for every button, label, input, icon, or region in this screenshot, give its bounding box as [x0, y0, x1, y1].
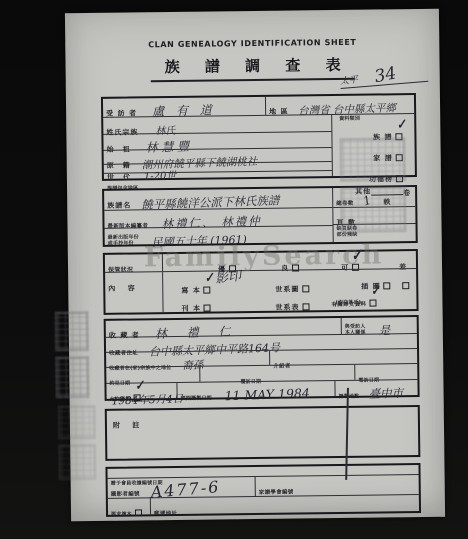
checkbox — [384, 282, 391, 289]
film-place-label: 攝製地點 — [339, 394, 360, 400]
film-place-value: 臺中市 — [368, 388, 403, 401]
left-lower-seal-stamp-icon — [58, 405, 97, 485]
s1-left-column: 姓氏宗族 林氏 始 祖 林 慧 豐 原 籍 潮州府饒平縣下饒湖桃社 世 代 1-… — [103, 115, 332, 179]
seal-square — [339, 137, 406, 182]
checkbox — [369, 300, 376, 307]
document-title-english: CLAN GENEALOGY IDENTIFICATION SHEET — [65, 37, 439, 51]
field-relation: 與受訪人 本人關係 是 — [341, 317, 417, 334]
checkbox-option-permission: 允許攝製 ✓ — [109, 385, 140, 404]
field-interviewee: 受 訪 者 盧 有 道 — [103, 97, 265, 117]
section-notes: 附 註 — [105, 405, 421, 461]
pubyear-value: 民國五十年 (1961) — [152, 234, 247, 248]
section-owner-filming: 收 藏 者 林 禮 仁 與受訪人 本人關係 是 收藏者住址 台中縣太平鄉中平路1… — [104, 315, 420, 401]
corner-number: 34 — [373, 65, 397, 86]
manuscript-note: 影印 — [214, 270, 241, 286]
seal-square — [58, 405, 96, 439]
checkbox-option-printed: 刊 本 ✓ — [181, 296, 211, 315]
checkbox-option-copy: 要求複本 ✓ — [111, 500, 142, 519]
film-date-label: 預期攝製日期 — [181, 396, 212, 402]
field-mailing-address: 郵遞地址 — [150, 495, 419, 514]
checkbox — [302, 303, 309, 310]
seal-square — [55, 356, 90, 398]
right-seal-stamp-icon — [339, 137, 406, 238]
section-condition-content: 保管狀況 優 ✓ 良 ✓ 可 ✓ 差 — [103, 249, 419, 315]
notes-label: 附 註 — [113, 421, 145, 429]
content-options: 寫 本 ✓ 影印 刊 本 ✓ 世系圖 ✓ 世系表 ✓ — [162, 269, 416, 312]
field-pubyear: 最新出版年份 或手抄年份 民國五十年 (1961) — [105, 225, 333, 245]
field-appointment: 約見日期 1984年5月4日 — [106, 367, 199, 383]
field-copy-request: 要求複本 ✓ — [108, 498, 150, 515]
pubyear-label: 最新出版年份 或手抄年份 — [108, 235, 139, 247]
content-label-cell: 內 容 — [105, 272, 162, 313]
field-coverage: 族譜包含地區 — [104, 170, 332, 180]
document-paper: CLAN GENEALOGY IDENTIFICATION SHEET 族 譜 … — [65, 9, 445, 522]
permission-label: 允許攝製 — [110, 397, 131, 403]
field-film-date: 預期攝製日期 11 MAY 1984 — [176, 381, 334, 398]
row-content: 內 容 寫 本 ✓ 影印 刊 本 ✓ 世系圖 ✓ — [105, 268, 416, 313]
checkbox — [204, 287, 211, 294]
content-label: 內 容 — [108, 284, 140, 292]
field-region: 地 區 台灣省 台中縣太平鄉 — [265, 95, 414, 115]
seal-square — [55, 311, 89, 351]
seal-square — [58, 444, 96, 480]
left-seal-stamp-icon — [55, 311, 90, 403]
checkbox — [135, 509, 142, 516]
seal-square — [340, 186, 407, 233]
checkmark: ✓ — [350, 247, 365, 265]
women-info-sub: (均注姓氏) — [335, 301, 361, 307]
checkbox-option-lineage-chart: 世系圖 ✓ — [275, 276, 309, 295]
checkbox-option-lineage-table: 世系表 ✓ — [275, 294, 309, 313]
s2-left-column: 族譜名 饒平縣饒洋公派下林氏族譜 最新版本編纂者 林禮仁、 林禮仲 最新出版年份… — [104, 188, 333, 245]
document-title-chinese: 族 譜 調 查 表 — [150, 54, 354, 82]
photo-background: CLAN GENEALOGY IDENTIFICATION SHEET 族 譜 … — [0, 0, 468, 539]
checkbox — [204, 305, 211, 312]
row-filming: 允許攝製 ✓ 預期攝製日期 11 MAY 1984 攝製地點 臺中市 — [106, 379, 417, 399]
film-date-value: 11 MAY 1984 — [225, 387, 311, 402]
field-photographer: 攝影者編號 A477-6 — [108, 477, 255, 498]
condition-label-cell: 保管狀況 — [105, 254, 162, 272]
field-phonevisit: 電訪日期 — [354, 364, 417, 380]
copy-label: 要求複本 — [111, 512, 132, 518]
field-permission: 允許攝製 ✓ — [106, 383, 176, 399]
notes-box: 附 註 — [107, 407, 419, 459]
checkbox — [302, 285, 309, 292]
section-numbering: 贈予會員收據編號日期 攝影者編號 A477-6 家譜學會編號 要求複本 ✓ — [105, 463, 421, 517]
corner-area-label: 太平 — [340, 76, 359, 87]
row-copy-request: 要求複本 ✓ 郵遞地址 — [108, 494, 419, 515]
checkbox-option-manuscript: 寫 本 ✓ — [181, 278, 211, 297]
checkbox — [133, 394, 140, 401]
mailing-label: 郵遞地址 — [154, 511, 177, 517]
field-society-number: 家譜學會編號 — [255, 475, 419, 496]
